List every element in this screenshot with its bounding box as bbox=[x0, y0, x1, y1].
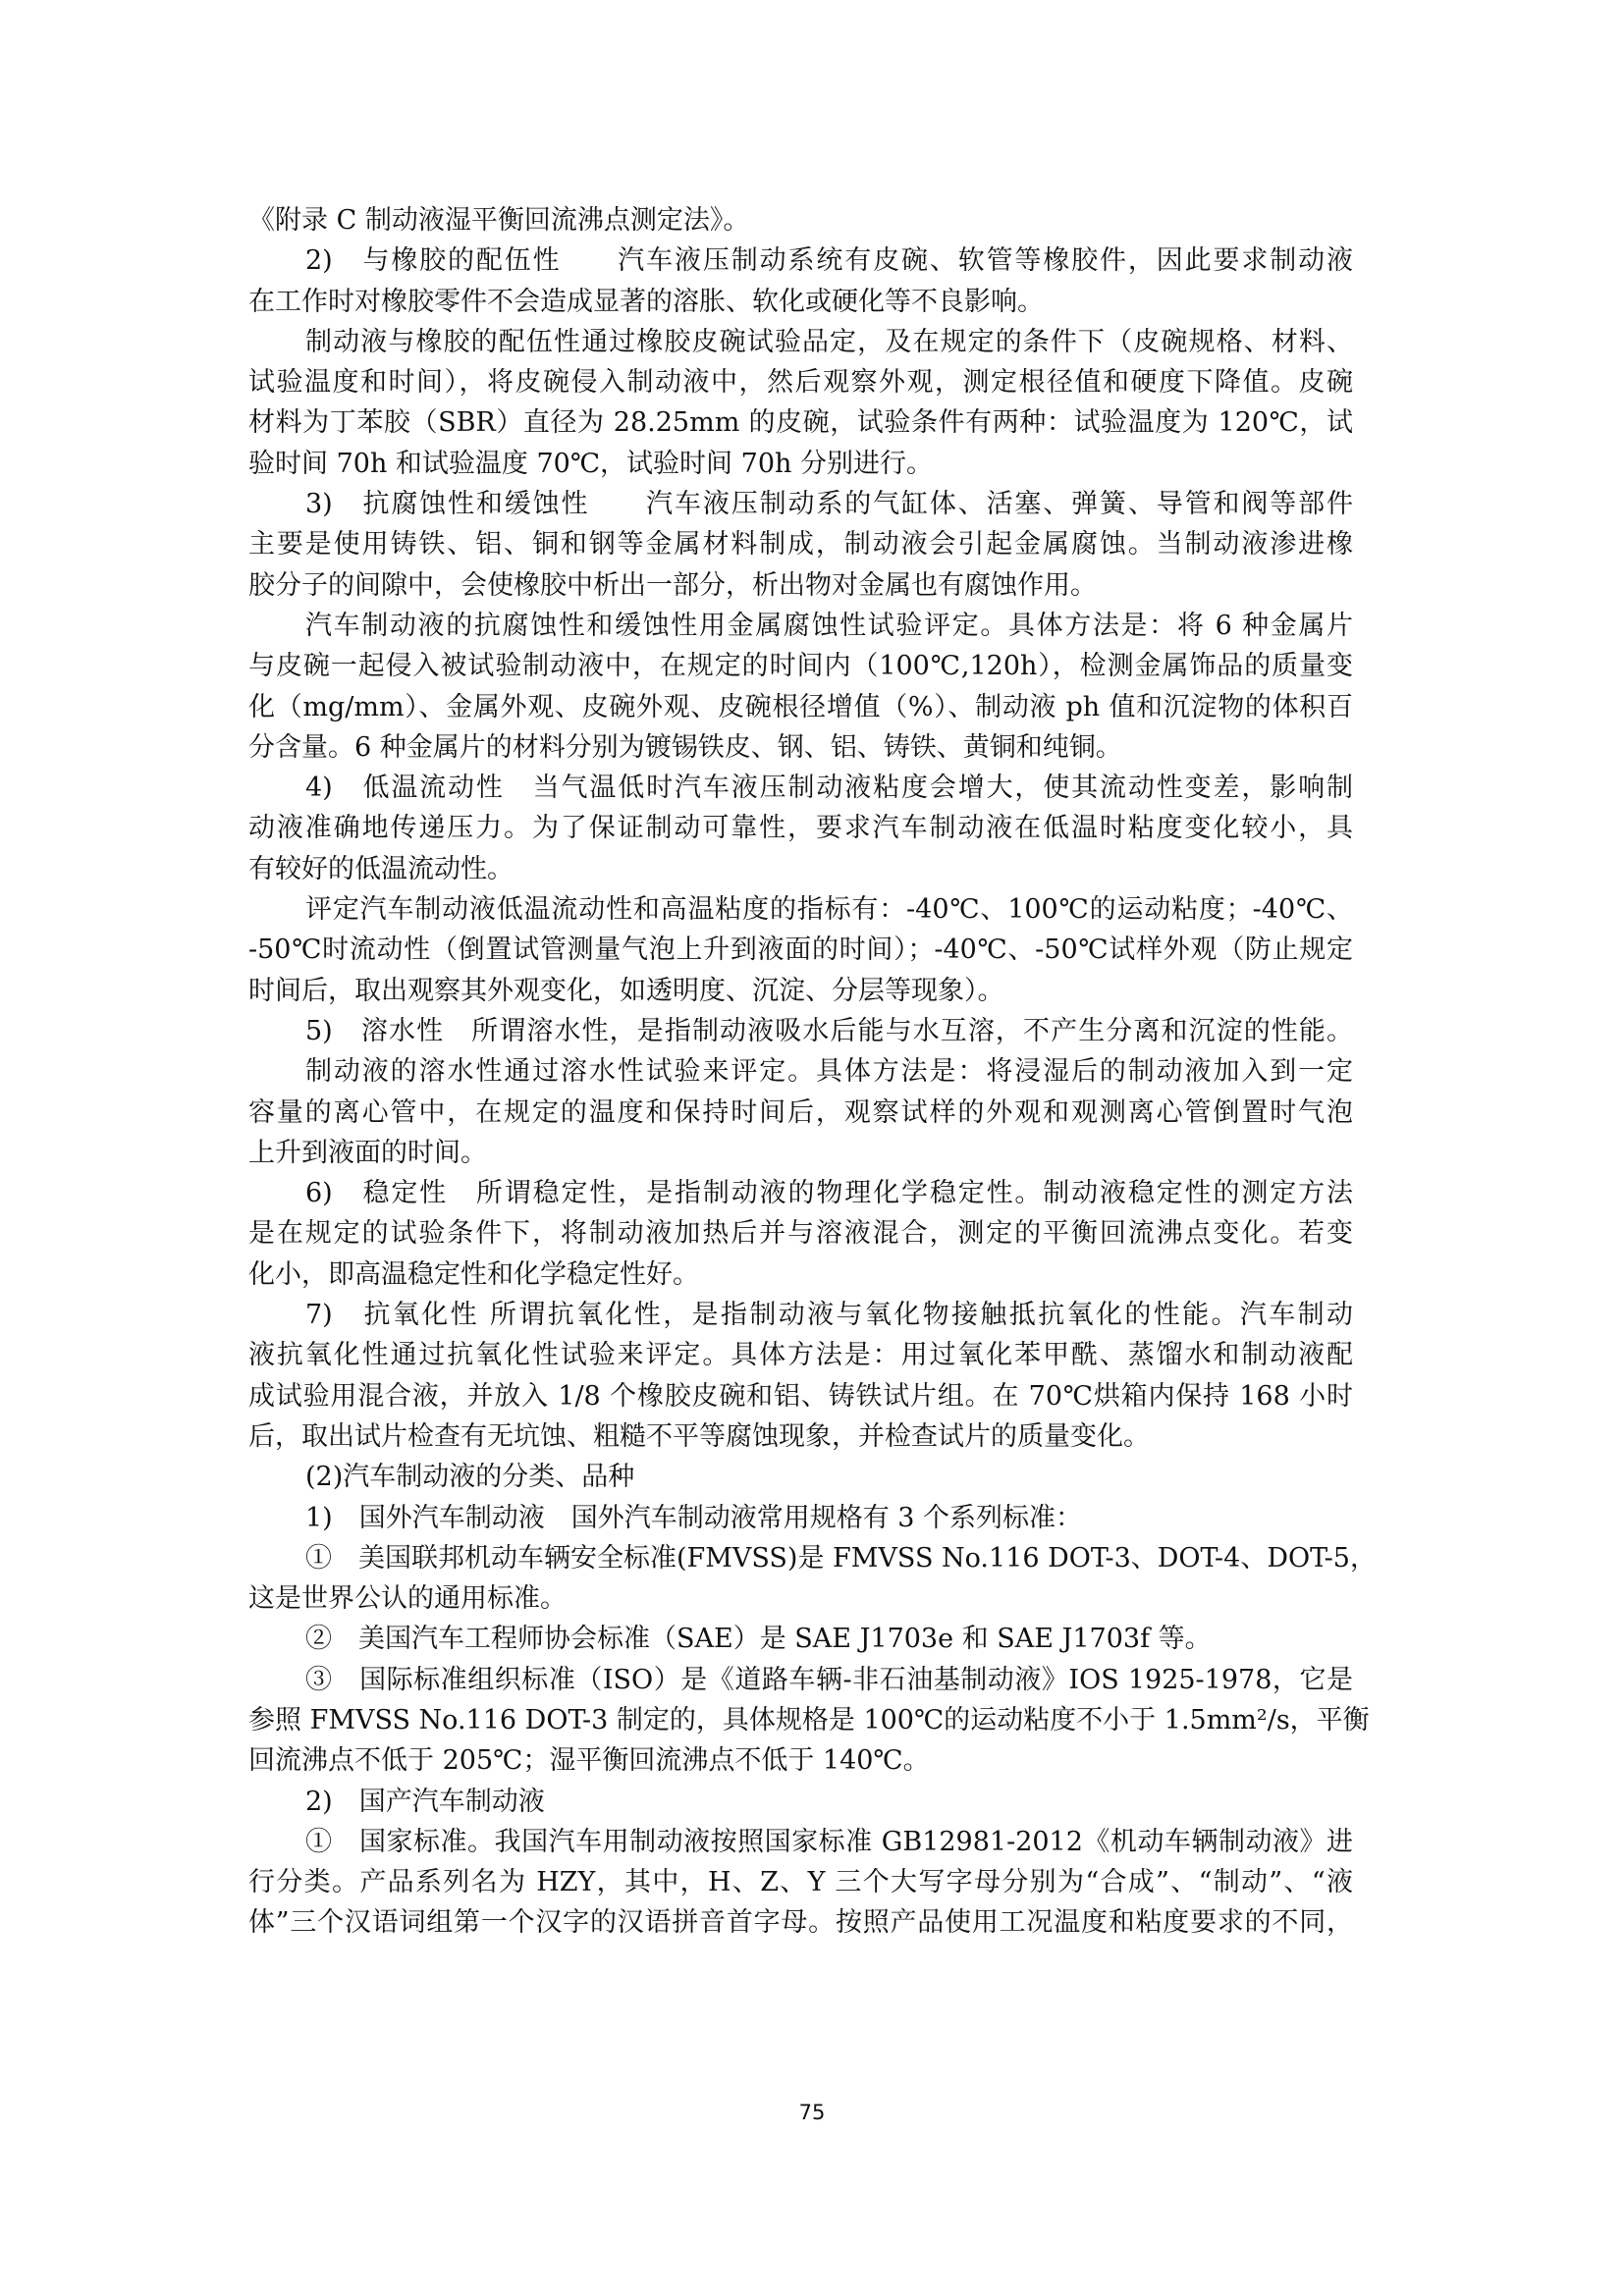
text-line: 主要是使用铸铁、铝、铜和钢等金属材料制成，制动液会引起金属腐蚀。当制动液渗进橡 bbox=[248, 524, 1353, 564]
text-line: 成试验用混合液，并放入 1/8 个橡胶皮碗和铝、铸铁试片组。在 70℃烘箱内保持… bbox=[248, 1376, 1353, 1416]
text-line: -50℃时流动性（倒置试管测量气泡上升到液面的时间）；-40℃、-50℃试样外观… bbox=[248, 930, 1353, 970]
text-line: 6) 稳定性 所谓稳定性，是指制动液的物理化学稳定性。制动液稳定性的测定方法 bbox=[248, 1173, 1353, 1213]
text-line: 在工作时对橡胶零件不会造成显著的溶胀、软化或硬化等不良影响。 bbox=[248, 282, 1353, 322]
text-line: 化（mg/mm）、金属外观、皮碗外观、皮碗根径增值（%）、制动液 ph 值和沉淀… bbox=[248, 687, 1353, 727]
text-line: 1) 国外汽车制动液 国外汽车制动液常用规格有 3 个系列标准： bbox=[248, 1498, 1353, 1538]
text-line: (2)汽车制动液的分类、品种 bbox=[248, 1457, 1353, 1497]
text-line: 汽车制动液的抗腐蚀性和缓蚀性用金属腐蚀性试验评定。具体方法是：将 6 种金属片 bbox=[248, 606, 1353, 646]
text-line: ① 国家标准。我国汽车用制动液按照国家标准 GB12981-2012《机动车辆制… bbox=[248, 1822, 1353, 1862]
text-line: 3) 抗腐蚀性和缓蚀性 汽车液压制动系的气缸体、活塞、弹簧、导管和阀等部件 bbox=[248, 484, 1353, 524]
text-line: 分含量。6 种金属片的材料分别为镀锡铁皮、钢、铝、铸铁、黄铜和纯铜。 bbox=[248, 727, 1353, 768]
text-line: 参照 FMVSS No.116 DOT-3 制定的，具体规格是 100℃的运动粘… bbox=[248, 1700, 1353, 1740]
text-line: 有较好的低温流动性。 bbox=[248, 849, 1353, 889]
text-line: 制动液的溶水性通过溶水性试验来评定。具体方法是：将浸湿后的制动液加入到一定 bbox=[248, 1051, 1353, 1092]
text-line: 5) 溶水性 所谓溶水性，是指制动液吸水后能与水互溶，不产生分离和沉淀的性能。 bbox=[248, 1011, 1353, 1051]
text-line: 胶分子的间隙中，会使橡胶中析出一部分，析出物对金属也有腐蚀作用。 bbox=[248, 565, 1353, 606]
text-line: 试验温度和时间），将皮碗侵入制动液中，然后观察外观，测定根径值和硬度下降值。皮碗 bbox=[248, 362, 1353, 402]
document-page: 《附录 C 制动液湿平衡回流沸点测定法》。2) 与橡胶的配伍性 汽车液压制动系统… bbox=[0, 0, 1624, 2296]
text-line: 时间后，取出观察其外观变化，如透明度、沉淀、分层等现象）。 bbox=[248, 971, 1353, 1011]
text-line: 动液准确地传递压力。为了保证制动可靠性，要求汽车制动液在低温时粘度变化较小，具 bbox=[248, 808, 1353, 848]
text-line: 行分类。产品系列名为 HZY，其中，H、Z、Y 三个大写字母分别为“合成”、“制… bbox=[248, 1862, 1353, 1902]
text-line: 后，取出试片检查有无坑蚀、粗糙不平等腐蚀现象，并检查试片的质量变化。 bbox=[248, 1416, 1353, 1457]
text-line: 材料为丁苯胶（SBR）直径为 28.25mm 的皮碗，试验条件有两种：试验温度为… bbox=[248, 402, 1353, 443]
text-line: ③ 国际标准组织标准（ISO）是《道路车辆-非石油基制动液》IOS 1925-1… bbox=[248, 1660, 1353, 1700]
text-line: 《附录 C 制动液湿平衡回流沸点测定法》。 bbox=[248, 200, 1353, 240]
text-line: 2) 国产汽车制动液 bbox=[248, 1782, 1353, 1822]
page-number: 75 bbox=[0, 2101, 1624, 2124]
text-line: 7) 抗氧化性 所谓抗氧化性，是指制动液与氧化物接触抵抗氧化的性能。汽车制动 bbox=[248, 1295, 1353, 1335]
text-line: 与皮碗一起侵入被试验制动液中，在规定的时间内（100℃,120h），检测金属饰品… bbox=[248, 646, 1353, 686]
text-line: 回流沸点不低于 205℃；湿平衡回流沸点不低于 140℃。 bbox=[248, 1740, 1353, 1781]
text-line: 评定汽车制动液低温流动性和高温粘度的指标有：-40℃、100℃的运动粘度；-40… bbox=[248, 889, 1353, 930]
text-line: 液抗氧化性通过抗氧化性试验来评定。具体方法是：用过氧化苯甲酰、蒸馏水和制动液配 bbox=[248, 1335, 1353, 1375]
text-line: 化小，即高温稳定性和化学稳定性好。 bbox=[248, 1255, 1353, 1295]
text-line: 这是世界公认的通用标准。 bbox=[248, 1578, 1353, 1619]
page-body-text: 《附录 C 制动液湿平衡回流沸点测定法》。2) 与橡胶的配伍性 汽车液压制动系统… bbox=[248, 200, 1353, 1944]
text-line: 2) 与橡胶的配伍性 汽车液压制动系统有皮碗、软管等橡胶件，因此要求制动液 bbox=[248, 240, 1353, 281]
text-line: 验时间 70h 和试验温度 70℃，试验时间 70h 分别进行。 bbox=[248, 444, 1353, 484]
text-line: 容量的离心管中，在规定的温度和保持时间后，观察试样的外观和观测离心管倒置时气泡 bbox=[248, 1093, 1353, 1133]
text-line: 制动液与橡胶的配伍性通过橡胶皮碗试验品定，及在规定的条件下（皮碗规格、材料、 bbox=[248, 322, 1353, 362]
text-line: 4) 低温流动性 当气温低时汽车液压制动液粘度会增大，使其流动性变差，影响制 bbox=[248, 768, 1353, 808]
text-line: 是在规定的试验条件下，将制动液加热后并与溶液混合，测定的平衡回流沸点变化。若变 bbox=[248, 1213, 1353, 1254]
text-line: ② 美国汽车工程师协会标准（SAE）是 SAE J1703e 和 SAE J17… bbox=[248, 1619, 1353, 1659]
text-line: 体”三个汉语词组第一个汉字的汉语拼音首字母。按照产品使用工况温度和粘度要求的不同… bbox=[248, 1902, 1353, 1943]
text-line: 上升到液面的时间。 bbox=[248, 1133, 1353, 1173]
text-line: ① 美国联邦机动车辆安全标准(FMVSS)是 FMVSS No.116 DOT-… bbox=[248, 1538, 1353, 1578]
